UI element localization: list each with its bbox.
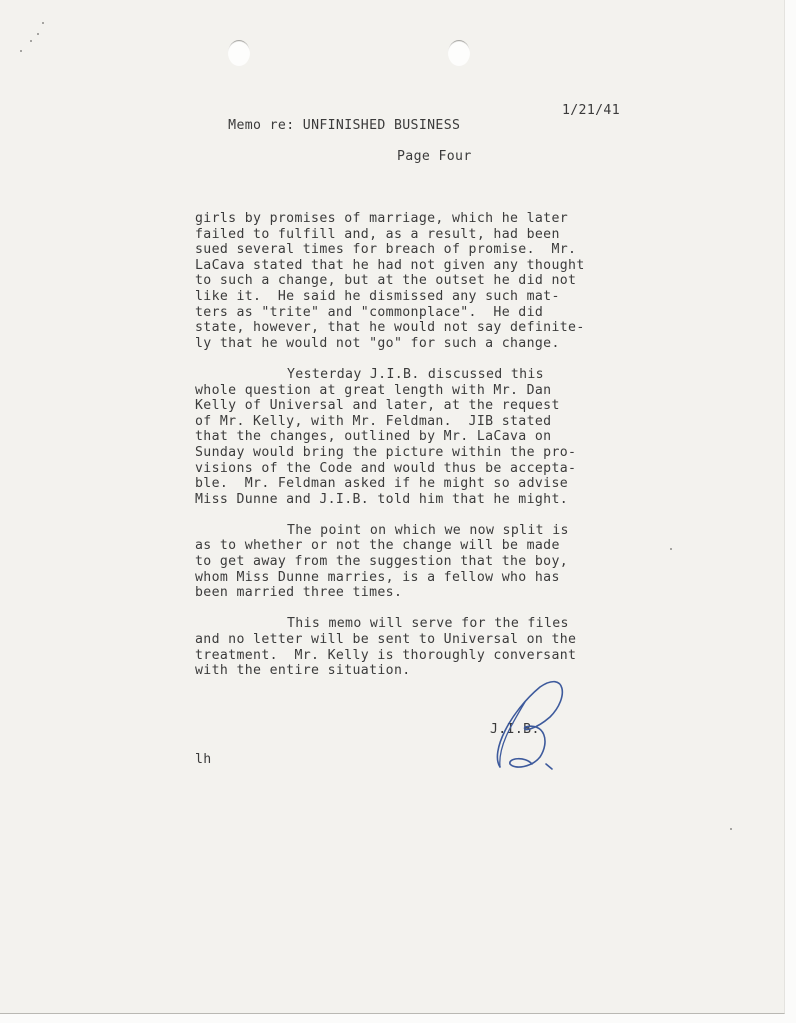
paragraph-line: been married three times. <box>195 585 635 601</box>
paragraph-line: as to whether or not the change will be … <box>195 538 635 554</box>
paragraph-line: and no letter will be sent to Universal … <box>195 632 635 648</box>
memo-paragraph: The point on which we now split isas to … <box>195 523 635 601</box>
paragraph-line: LaCava stated that he had not given any … <box>195 258 635 274</box>
paragraph-line: visions of the Code and would thus be ac… <box>195 461 635 477</box>
paper-speck <box>670 548 672 550</box>
handwritten-signature <box>470 672 590 782</box>
paper-speck <box>37 33 39 35</box>
paper-speck <box>42 22 44 24</box>
paragraph-line: Kelly of Universal and later, at the req… <box>195 398 635 414</box>
paragraph-line: Sunday would bring the picture within th… <box>195 445 635 461</box>
paragraph-line: whom Miss Dunne marries, is a fellow who… <box>195 570 635 586</box>
paragraph-line: Yesterday J.I.B. discussed this <box>195 367 635 383</box>
paragraph-line: to such a change, but at the outset he d… <box>195 273 635 289</box>
punch-hole-right <box>448 40 470 66</box>
paragraph-line: state, however, that he would not say de… <box>195 320 635 336</box>
paper-speck <box>30 40 32 42</box>
paragraph-line: The point on which we now split is <box>195 523 635 539</box>
memo-paragraph: girls by promises of marriage, which he … <box>195 211 635 351</box>
paragraph-line: to get away from the suggestion that the… <box>195 554 635 570</box>
memo-paragraph: Yesterday J.I.B. discussed thiswhole que… <box>195 367 635 507</box>
memo-paragraph: This memo will serve for the filesand no… <box>195 616 635 678</box>
paragraph-line: ters as "trite" and "commonplace". He di… <box>195 305 635 321</box>
paragraph-line: sued several times for breach of promise… <box>195 242 635 258</box>
memo-page: Memo re: UNFINISHED BUSINESS 1/21/41 Pag… <box>0 0 785 1014</box>
paragraph-line: that the changes, outlined by Mr. LaCava… <box>195 429 635 445</box>
paragraph-line: girls by promises of marriage, which he … <box>195 211 635 227</box>
paper-speck <box>20 50 22 52</box>
paragraph-line: ble. Mr. Feldman asked if he might so ad… <box>195 476 635 492</box>
paper-speck <box>730 828 732 830</box>
memo-subject: Memo re: UNFINISHED BUSINESS <box>228 118 460 133</box>
typist-initials: lh <box>195 752 212 767</box>
paragraph-line: ly that he would not "go" for such a cha… <box>195 336 635 352</box>
paragraph-line: failed to fulfill and, as a result, had … <box>195 227 635 243</box>
page-number-label: Page Four <box>397 149 472 164</box>
paragraph-line: like it. He said he dismissed any such m… <box>195 289 635 305</box>
memo-date: 1/21/41 <box>562 103 620 118</box>
memo-body: girls by promises of marriage, which he … <box>195 211 635 694</box>
paragraph-line: Miss Dunne and J.I.B. told him that he m… <box>195 492 635 508</box>
paragraph-line: of Mr. Kelly, with Mr. Feldman. JIB stat… <box>195 414 635 430</box>
paragraph-line: whole question at great length with Mr. … <box>195 383 635 399</box>
paragraph-line: This memo will serve for the files <box>195 616 635 632</box>
paragraph-line: treatment. Mr. Kelly is thoroughly conve… <box>195 648 635 664</box>
punch-hole-left <box>228 40 250 66</box>
